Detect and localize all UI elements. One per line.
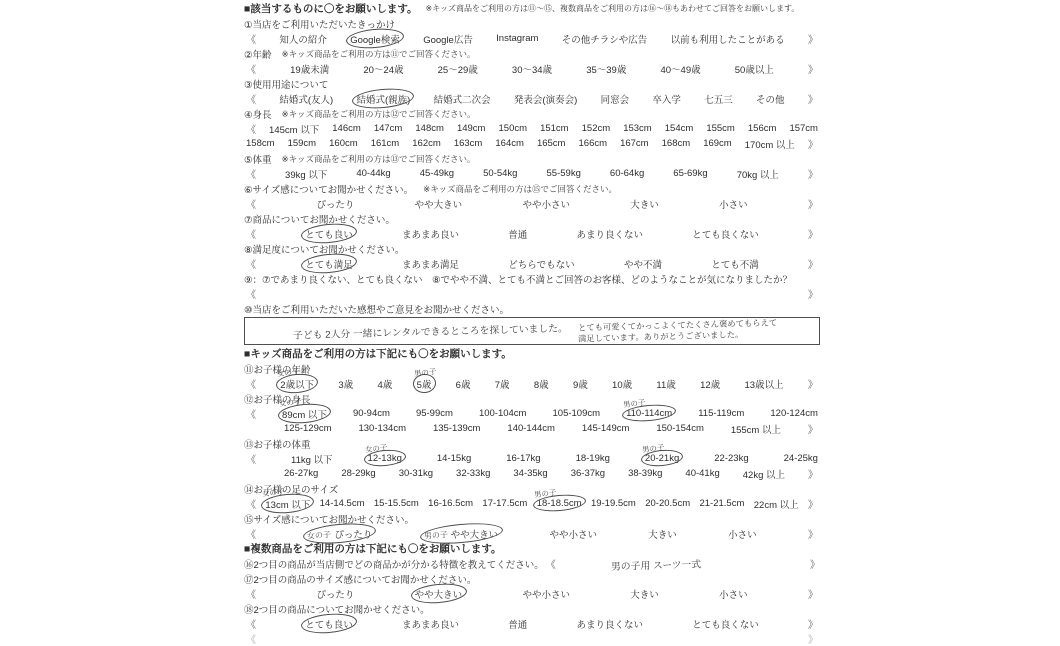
options-row: 《とても良いまあまあ良い普通あまり良くないとても良くない》 <box>244 226 820 241</box>
option: あまり良くない <box>576 617 643 631</box>
option-circled: とても良い <box>305 617 353 631</box>
option-circled: 男の子110-114cm <box>626 408 672 419</box>
option: 158cm <box>246 138 275 149</box>
option: 140-144cm <box>507 423 555 434</box>
option-text: 13歳以上 <box>744 380 783 391</box>
option-text: 166cm <box>579 138 608 149</box>
bracket-open: 《 <box>246 91 256 106</box>
bracket-close: 》 <box>808 61 818 76</box>
bracket-close: 》 <box>808 226 818 241</box>
bracket-open: 《 <box>246 586 256 601</box>
option-text: 11歳 <box>656 380 675 391</box>
question-line: ⑥サイズ感についてお聞かせください。※キッズ商品をご利用の方は⑮でご回答ください… <box>244 181 820 196</box>
option: 38-39kg <box>628 468 662 479</box>
option-text: 156cm <box>748 123 777 134</box>
option: 50歳以上 <box>735 62 774 76</box>
option: どちらでもない <box>508 257 574 271</box>
option-text: 145-149cm <box>582 423 630 434</box>
bracket-close: 》 <box>808 256 818 271</box>
bracket-open: 《 <box>246 526 256 541</box>
option: 7歳 <box>495 377 510 391</box>
bracket-close: 》 <box>808 376 818 391</box>
question-label: ⑬お子様の体重 <box>244 437 311 451</box>
options-row: 《39kg 以下40-44kg45-49kg50-54kg55-59kg60-6… <box>244 166 820 181</box>
option-text: 165cm <box>537 138 566 149</box>
option-text: 6歳 <box>456 380 471 391</box>
option-text: 13cm 以下 <box>265 500 310 511</box>
option-text: 110-114cm <box>626 408 672 419</box>
option: 40～49歳 <box>660 62 700 76</box>
bracket-close: 》 <box>808 136 818 151</box>
option-text: 153cm <box>623 123 652 134</box>
option: 12歳 <box>700 377 720 391</box>
options-row: 158cm159cm160cm161cm162cm163cm164cm165cm… <box>244 136 820 151</box>
option: 以前も利用したことがある <box>671 32 785 46</box>
bracket-close: 》 <box>808 31 818 46</box>
option-text: 20～24歳 <box>363 65 403 76</box>
option-text: やや小さい <box>522 200 570 211</box>
option-text: 155cm <box>706 123 735 134</box>
option-text: 40-44kg <box>356 168 390 179</box>
option: 165cm <box>537 138 566 149</box>
option-text: 40～49歳 <box>660 65 700 76</box>
option: 90-94cm <box>353 408 390 419</box>
option: 163cm <box>454 138 483 149</box>
option: 18-19kg <box>576 453 610 464</box>
option: 148cm <box>415 123 444 134</box>
option: 普通 <box>508 227 527 241</box>
option-text: 普通 <box>508 620 527 631</box>
option-text: 19-19.5cm <box>591 498 636 509</box>
bracket-close: 》 <box>808 421 818 436</box>
option-text: 164cm <box>495 138 524 149</box>
option-text: 以前も利用したことがある <box>671 35 785 46</box>
option: 159cm <box>288 138 317 149</box>
question-label: ③使用用途について <box>244 77 328 91</box>
option-text: どちらでもない <box>508 260 574 271</box>
option: やや小さい <box>522 197 570 211</box>
option-text: 157cm <box>789 123 818 134</box>
option: 145-149cm <box>582 423 630 434</box>
option-text: とても良い <box>305 230 353 241</box>
bracket-open: 《 <box>246 61 256 76</box>
option-text: 42kg 以上 <box>743 470 785 481</box>
option-text: 28-29kg <box>341 468 375 479</box>
option: Instagram <box>496 33 538 44</box>
bracket-open: 《 <box>246 406 256 421</box>
gender-annotation: 男の子 <box>423 531 447 541</box>
option-text: 大きい <box>630 200 659 211</box>
bracket-open: 《 <box>246 451 256 466</box>
option: 6歳 <box>456 377 471 391</box>
option: 大きい <box>630 587 659 601</box>
question-label: ②年齢 <box>244 47 272 61</box>
bracket-open: 《 <box>246 31 256 46</box>
option-text: 36-37kg <box>571 468 605 479</box>
option-text: 9歳 <box>573 380 588 391</box>
bracket-close: 》 <box>808 616 818 631</box>
option-text: 150cm <box>499 123 528 134</box>
option: 39kg 以下 <box>285 167 327 181</box>
option-text: やや大きい <box>415 590 463 601</box>
option-circled: 男の子やや大きい <box>424 527 499 541</box>
option: 115-119cm <box>698 408 744 419</box>
option-circled: 結婚式(親族) <box>356 92 410 106</box>
option-text: 161cm <box>371 138 400 149</box>
option-text: 32-33kg <box>456 468 490 479</box>
option-circled: とても良い <box>305 227 353 241</box>
gender-annotation: 男の子 <box>623 399 646 409</box>
question-line: ⑤体重※キッズ商品をご利用の方は⑬でご回答ください。 <box>244 151 820 166</box>
option-text: 12-13kg <box>368 453 402 464</box>
bracket-open: 《 <box>246 256 256 271</box>
question-note: ※キッズ商品をご利用の方は⑮でご回答ください。 <box>423 183 617 195</box>
gender-annotation: 女の子 <box>279 397 302 407</box>
option: 小さい <box>728 527 757 541</box>
options-row: 《ぴったりやや大きいやや小さい大きい小さい》 <box>244 586 820 601</box>
option-text: 30～34歳 <box>512 65 552 76</box>
option: とても良くない <box>692 617 759 631</box>
option-text: ぴったり <box>316 590 354 601</box>
option: 151cm <box>540 123 569 134</box>
option: 結婚式(友人) <box>279 92 333 106</box>
bracket-close: 》 <box>808 286 818 301</box>
option: 100-104cm <box>479 408 527 419</box>
option: 42kg 以上 <box>743 467 785 481</box>
option-text: あまり良くない <box>576 230 643 241</box>
section-title: ■キッズ商品をご利用の方は下記にも〇をお願いします。 <box>244 346 512 361</box>
option: 普通 <box>508 617 527 631</box>
option-text: 50-54kg <box>483 168 517 179</box>
question-label: ④身長 <box>244 107 272 121</box>
bracket-close: 》 <box>808 496 818 511</box>
option-text: Instagram <box>496 33 538 44</box>
section-header: ■キッズ商品をご利用の方は下記にも〇をお願いします。 <box>244 346 820 361</box>
question-line: ⑨：⑦であまり良くない、とても良くない ⑧でやや不満、とても不満とご回答のお客様… <box>244 271 820 286</box>
option: 20-20.5cm <box>645 498 690 509</box>
question-note: ※キッズ商品をご利用の方は⑬でご回答ください。 <box>282 153 476 165</box>
option-text: 159cm <box>288 138 317 149</box>
options-row: 《》 <box>244 286 820 301</box>
option-text: 38-39kg <box>628 468 662 479</box>
gender-annotation: 男の子 <box>533 489 556 499</box>
option-text: 普通 <box>508 230 527 241</box>
option-text: 知人の紹介 <box>279 35 327 46</box>
option-text: 卒入学 <box>652 95 681 106</box>
option-text: やや小さい <box>522 590 570 601</box>
question-line: ⑩当店をご利用いただいた感想やご意見をお聞かせください。 <box>244 301 820 316</box>
option: 19歳未満 <box>290 62 329 76</box>
option: 167cm <box>620 138 649 149</box>
option: 120-124cm <box>770 408 818 419</box>
options-row: 《結婚式(友人)結婚式(親族)結婚式二次会発表会(演奏会)同窓会卒入学七五三その… <box>244 91 820 106</box>
option-text: 30-31kg <box>399 468 433 479</box>
section-title: ■複数商品をご利用の方は下記にも〇をお願いします。 <box>244 541 502 556</box>
options-row: 《19歳未満20～24歳25～29歳30～34歳35～39歳40～49歳50歳以… <box>244 61 820 76</box>
question-note: ※キッズ商品をご利用の方は⑫でご回答ください。 <box>282 108 476 120</box>
gender-annotation: 女の子 <box>262 487 285 497</box>
option: 162cm <box>412 138 441 149</box>
option-text: 55-59kg <box>547 168 581 179</box>
option: 70kg 以上 <box>737 167 779 181</box>
option-text: 70kg 以上 <box>737 170 779 181</box>
option: 14-14.5cm <box>320 498 365 509</box>
option-text: 89cm 以下 <box>282 410 327 421</box>
options-row: 26-27kg28-29kg30-31kg32-33kg34-35kg36-37… <box>244 466 820 481</box>
option-text: 39kg 以下 <box>285 170 327 181</box>
options-row: 《女の子13cm 以下14-14.5cm15-15.5cm16-16.5cm17… <box>244 496 820 511</box>
option: 157cm <box>789 123 818 134</box>
option: 22-23kg <box>714 453 748 464</box>
option-text: とても良くない <box>692 620 759 631</box>
option-text: まあまあ満足 <box>402 260 459 271</box>
option: 149cm <box>457 123 486 134</box>
option: 同窓会 <box>601 92 630 106</box>
option: 24-25kg <box>784 453 818 464</box>
option-text: 18-19kg <box>576 453 610 464</box>
option: 45-49kg <box>420 168 454 179</box>
options-row: 《とても満足まあまあ満足どちらでもないやや不満とても不満》 <box>244 256 820 271</box>
option-text: その他 <box>756 95 785 106</box>
option: 32-33kg <box>456 468 490 479</box>
option: やや不満 <box>624 257 662 271</box>
gender-annotation: 女の子 <box>364 444 387 454</box>
option-text: 20-20.5cm <box>645 498 690 509</box>
option-text: 90-94cm <box>353 408 390 419</box>
option-text: 130-134cm <box>358 423 406 434</box>
options-row: 125-129cm130-134cm135-139cm140-144cm145-… <box>244 421 820 436</box>
options-row: 《女の子ぴったり男の子やや大きいやや小さい大きい小さい》 <box>244 526 820 541</box>
option: 135-139cm <box>433 423 481 434</box>
option: その他チラシや広告 <box>562 32 648 46</box>
option: 知人の紹介 <box>279 32 327 46</box>
option-circled: 女の子ぴったり <box>307 527 372 541</box>
bracket-open: 《 <box>246 376 256 391</box>
option-text: 158cm <box>246 138 275 149</box>
option: 164cm <box>495 138 524 149</box>
option-text: 115-119cm <box>698 408 744 419</box>
option-text: まあまあ良い <box>402 230 459 241</box>
option: 155cm 以上 <box>731 422 781 436</box>
option-text: 167cm <box>620 138 649 149</box>
option: 19-19.5cm <box>591 498 636 509</box>
question-label: ⑤体重 <box>244 152 272 166</box>
option-text: 147cm <box>374 123 403 134</box>
option: まあまあ満足 <box>402 257 459 271</box>
comment-box: 子ども 2人分 一緒にレンタルできるところを探していました。とても可愛くてかっこ… <box>244 317 820 345</box>
option: 30-31kg <box>399 468 433 479</box>
option-text: 34-35kg <box>513 468 547 479</box>
question-label: ⑯2つ目の商品が当店側でどの商品かが分かる特徴を教えてください。 <box>244 557 544 571</box>
option-text: 大きい <box>648 530 677 541</box>
options-row: 《ぴったりやや大きいやや小さい大きい小さい》 <box>244 196 820 211</box>
option-text: 169cm <box>703 138 732 149</box>
option: ぴったり <box>316 587 354 601</box>
option: 170cm 以上 <box>745 137 795 151</box>
bracket-open: 《 <box>246 226 256 241</box>
option-text: 125-129cm <box>284 423 332 434</box>
option-text: Google検索 <box>350 35 400 46</box>
option: 168cm <box>662 138 691 149</box>
question-line: ⑫お子様の身長 <box>244 391 820 406</box>
option-text: 151cm <box>540 123 569 134</box>
option-text: 小さい <box>719 200 748 211</box>
bracket-open: 《 <box>246 286 256 301</box>
option: 15-15.5cm <box>374 498 419 509</box>
option: 8歳 <box>534 377 549 391</box>
option: やや小さい <box>549 527 597 541</box>
option-text: 35～39歳 <box>586 65 626 76</box>
option: とても不満 <box>711 257 759 271</box>
gender-annotation: 男の子 <box>642 444 665 454</box>
options-row: 《知人の紹介Google検索Google広告Instagramその他チラシや広告… <box>244 31 820 46</box>
option-text: 168cm <box>662 138 691 149</box>
option-text: 100-104cm <box>479 408 527 419</box>
option-text: ぴったり <box>334 530 372 541</box>
option-text: 結婚式(友人) <box>279 95 333 106</box>
bracket-open: 《 <box>246 166 256 181</box>
question-line: ③使用用途について <box>244 76 820 91</box>
option-circled: 男の子18-18.5cm <box>537 498 582 509</box>
option-text: とても良い <box>305 620 353 631</box>
option: 146cm <box>332 123 361 134</box>
option: 154cm <box>665 123 694 134</box>
question-line: ⑰2つ目の商品のサイズ感についてお聞かせください。 <box>244 571 820 586</box>
question-label: ⑨：⑦であまり良くない、とても良くない ⑧でやや不満、とても不満とご回答のお客様… <box>244 272 792 286</box>
option: 20～24歳 <box>363 62 403 76</box>
option-text: 小さい <box>728 530 757 541</box>
option-text: 50歳以上 <box>735 65 774 76</box>
option: 36-37kg <box>571 468 605 479</box>
option: 9歳 <box>573 377 588 391</box>
option: 55-59kg <box>547 168 581 179</box>
option-text: 14-15kg <box>437 453 471 464</box>
bracket-open: 《 <box>246 631 256 640</box>
option: 11歳 <box>656 377 675 391</box>
option: まあまあ良い <box>402 617 459 631</box>
option: 40-44kg <box>356 168 390 179</box>
option-text: 19歳未満 <box>290 65 329 76</box>
option-text: 40-41kg <box>685 468 719 479</box>
option-text: 7歳 <box>495 380 510 391</box>
question-label: ⑥サイズ感についてお聞かせください。 <box>244 182 413 196</box>
option-circled: 女の子13cm 以下 <box>265 497 310 511</box>
option-text: やや大きい <box>451 530 499 541</box>
option-text: やや小さい <box>549 530 597 541</box>
option: 150cm <box>499 123 528 134</box>
option: 153cm <box>623 123 652 134</box>
bracket-close: 》 <box>810 556 820 571</box>
option: 50-54kg <box>483 168 517 179</box>
option-text: とても不満 <box>711 260 759 271</box>
option: 大きい <box>630 197 659 211</box>
handwritten-comment-right: とても可愛くてかっこよくてたくさん褒めてもらえて満足しています。ありがとうござい… <box>578 320 777 342</box>
option: 17-17.5cm <box>482 498 527 509</box>
option-circled: 男の子5歳 <box>417 377 432 391</box>
option-text: 17-17.5cm <box>482 498 527 509</box>
option-text: 14-14.5cm <box>320 498 365 509</box>
option-text: 4歳 <box>377 380 392 391</box>
options-row: 《145cm 以下146cm147cm148cm149cm150cm151cm1… <box>244 121 820 136</box>
option-text: 162cm <box>412 138 441 149</box>
option-text: 45-49kg <box>420 168 454 179</box>
question-line: ⑮サイズ感についてお聞かせください。 <box>244 511 820 526</box>
gender-annotation: 女の子 <box>277 367 300 377</box>
bracket-open: 《 <box>546 556 556 571</box>
option: 卒入学 <box>652 92 681 106</box>
option: 26-27kg <box>284 468 318 479</box>
options-row: 《11kg 以下女の子12-13kg14-15kg16-17kg18-19kg男… <box>244 451 820 466</box>
option-text: 20-21kg <box>645 453 679 464</box>
option: 4歳 <box>377 377 392 391</box>
option: あまり良くない <box>576 227 643 241</box>
option: とても良くない <box>692 227 759 241</box>
option-text: 163cm <box>454 138 483 149</box>
option-text: 21-21.5cm <box>699 498 744 509</box>
section-title: ■該当するものに〇をお願いします。 <box>244 1 418 16</box>
question-line: ⑭お子様の足のサイズ <box>244 481 820 496</box>
option-text: あまり良くない <box>576 620 643 631</box>
option-circled: とても満足 <box>305 257 353 271</box>
question-label: ⑩当店をご利用いただいた感想やご意見をお聞かせください。 <box>244 302 509 316</box>
option-text: 25～29歳 <box>438 65 478 76</box>
option: 結婚式二次会 <box>434 92 491 106</box>
section-note: ※キッズ商品をご利用の方は⑪～⑮、複数商品をご利用の方は⑯～⑱もあわせてご回答を… <box>426 3 800 14</box>
option-text: やや不満 <box>624 260 662 271</box>
option: 65-69kg <box>673 168 707 179</box>
option-text: 154cm <box>665 123 694 134</box>
option: 166cm <box>579 138 608 149</box>
option: 40-41kg <box>685 468 719 479</box>
option-text: ぴったり <box>316 200 354 211</box>
option: 125-129cm <box>284 423 332 434</box>
option: 152cm <box>582 123 611 134</box>
option-text: その他チラシや広告 <box>562 35 648 46</box>
option-text: 135-139cm <box>433 423 481 434</box>
option: 130-134cm <box>358 423 406 434</box>
option: 16-16.5cm <box>428 498 473 509</box>
option-text: 170cm 以上 <box>745 140 795 151</box>
option-text: 15-15.5cm <box>374 498 419 509</box>
option: 16-17kg <box>506 453 540 464</box>
options-row: 《とても良いまあまあ良い普通あまり良くないとても良くない》 <box>244 616 820 631</box>
option-text: 105-109cm <box>553 408 601 419</box>
bracket-close: 》 <box>808 166 818 181</box>
question-line: ⑬お子様の体重 <box>244 436 820 451</box>
question-line: ⑪お子様の年齢 <box>244 361 820 376</box>
option-circled: 女の子12-13kg <box>368 453 402 464</box>
bracket-close: 》 <box>808 466 818 481</box>
option: まあまあ良い <box>402 227 459 241</box>
bracket-open: 《 <box>246 196 256 211</box>
option-text: 60-64kg <box>610 168 644 179</box>
option-text: まあまあ良い <box>402 620 459 631</box>
option-text: 11kg 以下 <box>291 455 333 466</box>
bracket-close: 》 <box>808 91 818 106</box>
option-text: 同窓会 <box>601 95 630 106</box>
option-text: 95-99cm <box>416 408 453 419</box>
option: 60-64kg <box>610 168 644 179</box>
bracket-close: 》 <box>808 631 818 640</box>
option-circled: 女の子2歳以下 <box>280 377 314 391</box>
option-text: 8歳 <box>534 380 549 391</box>
option-text: 26-27kg <box>284 468 318 479</box>
option: 10歳 <box>612 377 632 391</box>
option-text: 発表会(演奏会) <box>514 95 577 106</box>
option-circled: 男の子20-21kg <box>645 453 679 464</box>
option: Google広告 <box>423 32 473 46</box>
options-row: 《女の子89cm 以下90-94cm95-99cm100-104cm105-10… <box>244 406 820 421</box>
